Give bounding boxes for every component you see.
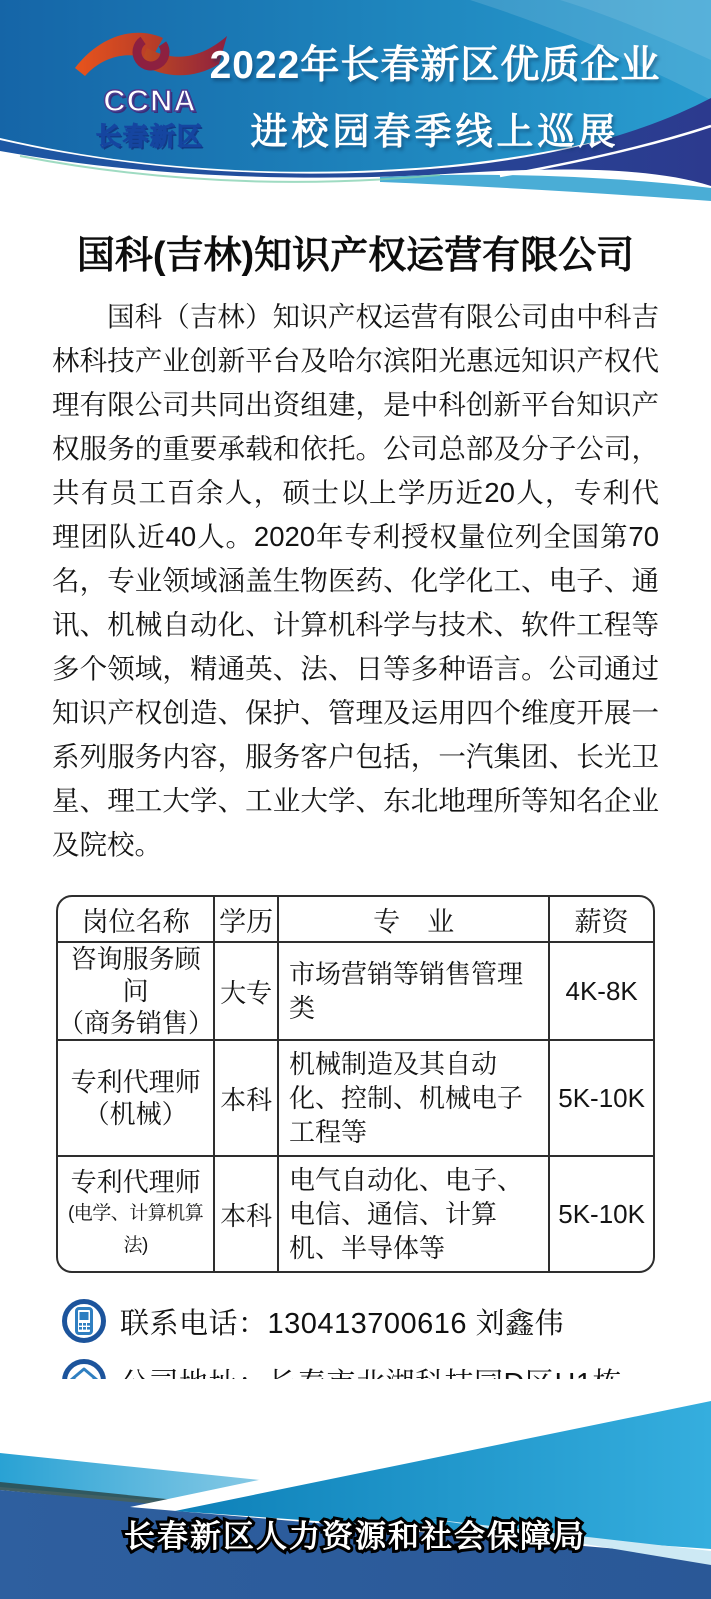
table-row: 咨询服务顾问 （商务销售） 大专 市场营销等销售管理类 4K-8K xyxy=(58,941,653,1039)
company-name-heading: 国科(吉林)知识产权运营有限公司 xyxy=(10,224,701,279)
header-banner: CCNA 长春新区 2022年长春新区优质企业 进校园春季线上巡展 xyxy=(0,0,711,208)
banner-title-line1: 2022年长春新区优质企业 xyxy=(195,34,675,90)
job-major: 电气自动化、电子、电信、通信、计算机、半导体等 xyxy=(277,1155,548,1271)
jobs-table-header-row: 岗位名称 学历 专 业 薪资 xyxy=(58,897,653,941)
footer-ribbon-background: 长春新区人力资源和社会保障局 xyxy=(0,1379,711,1599)
jobs-table: 岗位名称 学历 专 业 薪资 咨询服务顾问 （商务销售） 大专 市场营销等销售管… xyxy=(56,895,655,1273)
footer-banner: 长春新区人力资源和社会保障局 xyxy=(0,1379,711,1599)
col-header-position: 岗位名称 xyxy=(58,897,213,941)
job-major: 市场营销等销售管理类 xyxy=(277,941,548,1039)
phone-value: 130413700616 刘鑫伟 xyxy=(268,1308,565,1340)
col-header-major: 专 业 xyxy=(277,897,548,941)
banner-title-line2: 进校园春季线上巡展 xyxy=(195,101,675,155)
contact-phone-row: 联系电话：130413700616 刘鑫伟 xyxy=(62,1299,711,1343)
job-position: 咨询服务顾问 （商务销售） xyxy=(58,941,213,1039)
job-position: 专利代理师 （机械） xyxy=(58,1039,213,1155)
job-position: 专利代理师 (电学、计算机算法) xyxy=(58,1155,213,1271)
job-education: 大专 xyxy=(213,941,277,1039)
job-education: 本科 xyxy=(213,1039,277,1155)
job-salary: 5K-10K xyxy=(548,1039,653,1155)
phone-icon xyxy=(62,1299,106,1343)
job-salary: 4K-8K xyxy=(548,941,653,1039)
phone-label: 联系电话： xyxy=(120,1308,268,1340)
job-salary: 5K-10K xyxy=(548,1155,653,1271)
poster: CCNA 长春新区 2022年长春新区优质企业 进校园春季线上巡展 国科(吉林)… xyxy=(0,0,711,1599)
company-description: 国科（吉林）知识产权运营有限公司由中科吉林科技产业创新平台及哈尔滨阳光惠远知识产… xyxy=(52,295,659,867)
table-row: 专利代理师 (电学、计算机算法) 本科 电气自动化、电子、电信、通信、计算机、半… xyxy=(58,1155,653,1271)
job-major: 机械制造及其自动化、控制、机械电子工程等 xyxy=(277,1039,548,1155)
col-header-education: 学历 xyxy=(213,897,277,941)
job-education: 本科 xyxy=(213,1155,277,1271)
col-header-salary: 薪资 xyxy=(548,897,653,941)
jobs-table-wrapper: 岗位名称 学历 专 业 薪资 咨询服务顾问 （商务销售） 大专 市场营销等销售管… xyxy=(56,895,655,1273)
banner-title: 2022年长春新区优质企业 进校园春季线上巡展 xyxy=(195,34,675,155)
table-row: 专利代理师 （机械） 本科 机械制造及其自动化、控制、机械电子工程等 5K-10… xyxy=(58,1039,653,1155)
footer-organization: 长春新区人力资源和社会保障局 xyxy=(124,1519,586,1554)
contact-phone-text: 联系电话：130413700616 刘鑫伟 xyxy=(120,1301,564,1342)
